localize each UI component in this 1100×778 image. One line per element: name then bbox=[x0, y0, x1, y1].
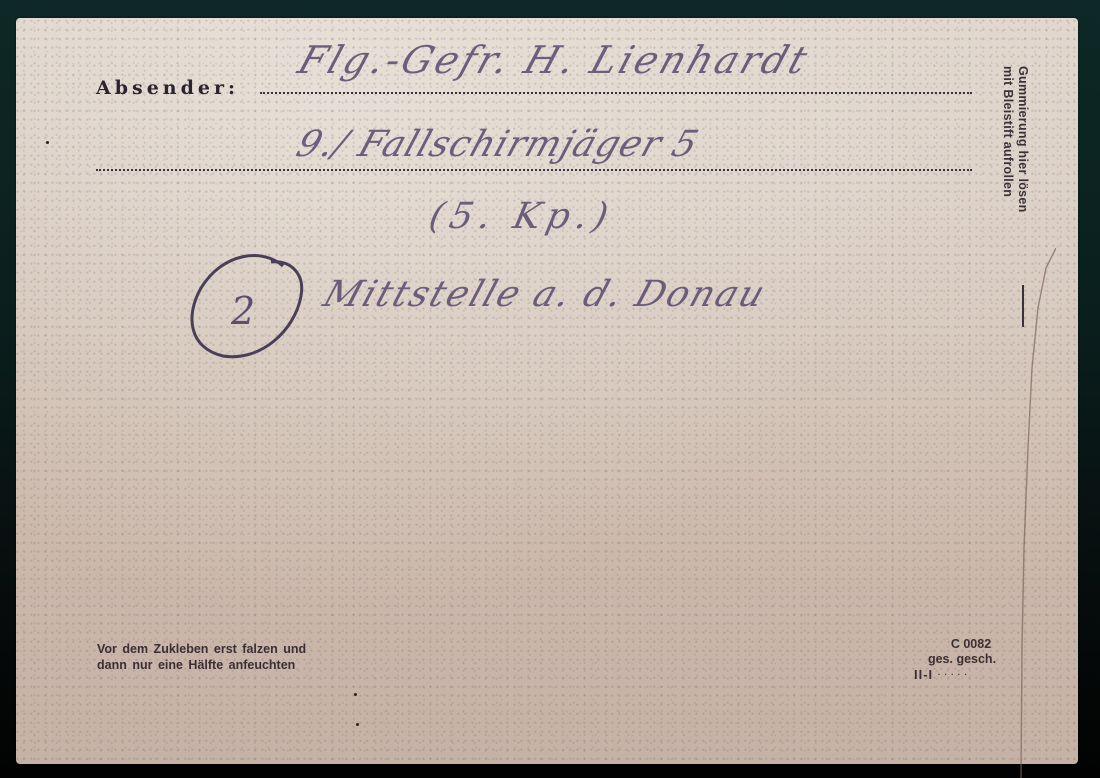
tear-mark bbox=[1022, 285, 1024, 327]
sender-label: Absender: bbox=[96, 77, 239, 99]
svg-text:2: 2 bbox=[230, 289, 255, 333]
paper-speck bbox=[356, 723, 359, 726]
sealing-instructions: Vor dem Zukleben erst falzen und dann nu… bbox=[97, 641, 306, 673]
gumming-instruction: Gummierung hier lösen mit Bleistift aufr… bbox=[1000, 66, 1030, 213]
handwritten-sender-location: Mittstelle a. d. Donau bbox=[318, 274, 771, 315]
handwritten-sender-unit: 9./ Fallschirmjäger 5 bbox=[291, 124, 703, 165]
printer-mark-dots: ····· bbox=[938, 670, 971, 679]
sender-line-1 bbox=[260, 92, 972, 94]
instruction-line-1: Vor dem Zukleben erst falzen und bbox=[97, 641, 306, 657]
gumming-line-1: Gummierung hier lösen bbox=[1015, 66, 1030, 213]
paper-speck bbox=[46, 141, 49, 144]
sender-line-2 bbox=[96, 169, 972, 171]
form-code-block: C 0082 ges. gesch. II-I ····· bbox=[912, 637, 1012, 682]
handwritten-sender-company: (5. Kp.) bbox=[426, 196, 618, 237]
instruction-line-2: dann nur eine Hälfte anfeuchten bbox=[97, 657, 306, 673]
gumming-line-2: mit Bleistift aufrollen bbox=[1000, 66, 1015, 213]
fold-crease bbox=[1016, 248, 1056, 778]
envelope-card: Absender: Gummierung hier lösen mit Blei… bbox=[16, 18, 1078, 764]
handwritten-sender-name: Flg.-Gefr. H. Lienhardt bbox=[293, 38, 816, 82]
protection-note: ges. gesch. bbox=[912, 652, 1012, 667]
circled-number-icon: 2 bbox=[183, 248, 309, 360]
printer-mark-glyph: II-I bbox=[914, 667, 933, 682]
form-code: C 0082 bbox=[912, 637, 1012, 652]
paper-speck bbox=[354, 693, 357, 696]
printer-mark: II-I ····· bbox=[912, 667, 1012, 682]
